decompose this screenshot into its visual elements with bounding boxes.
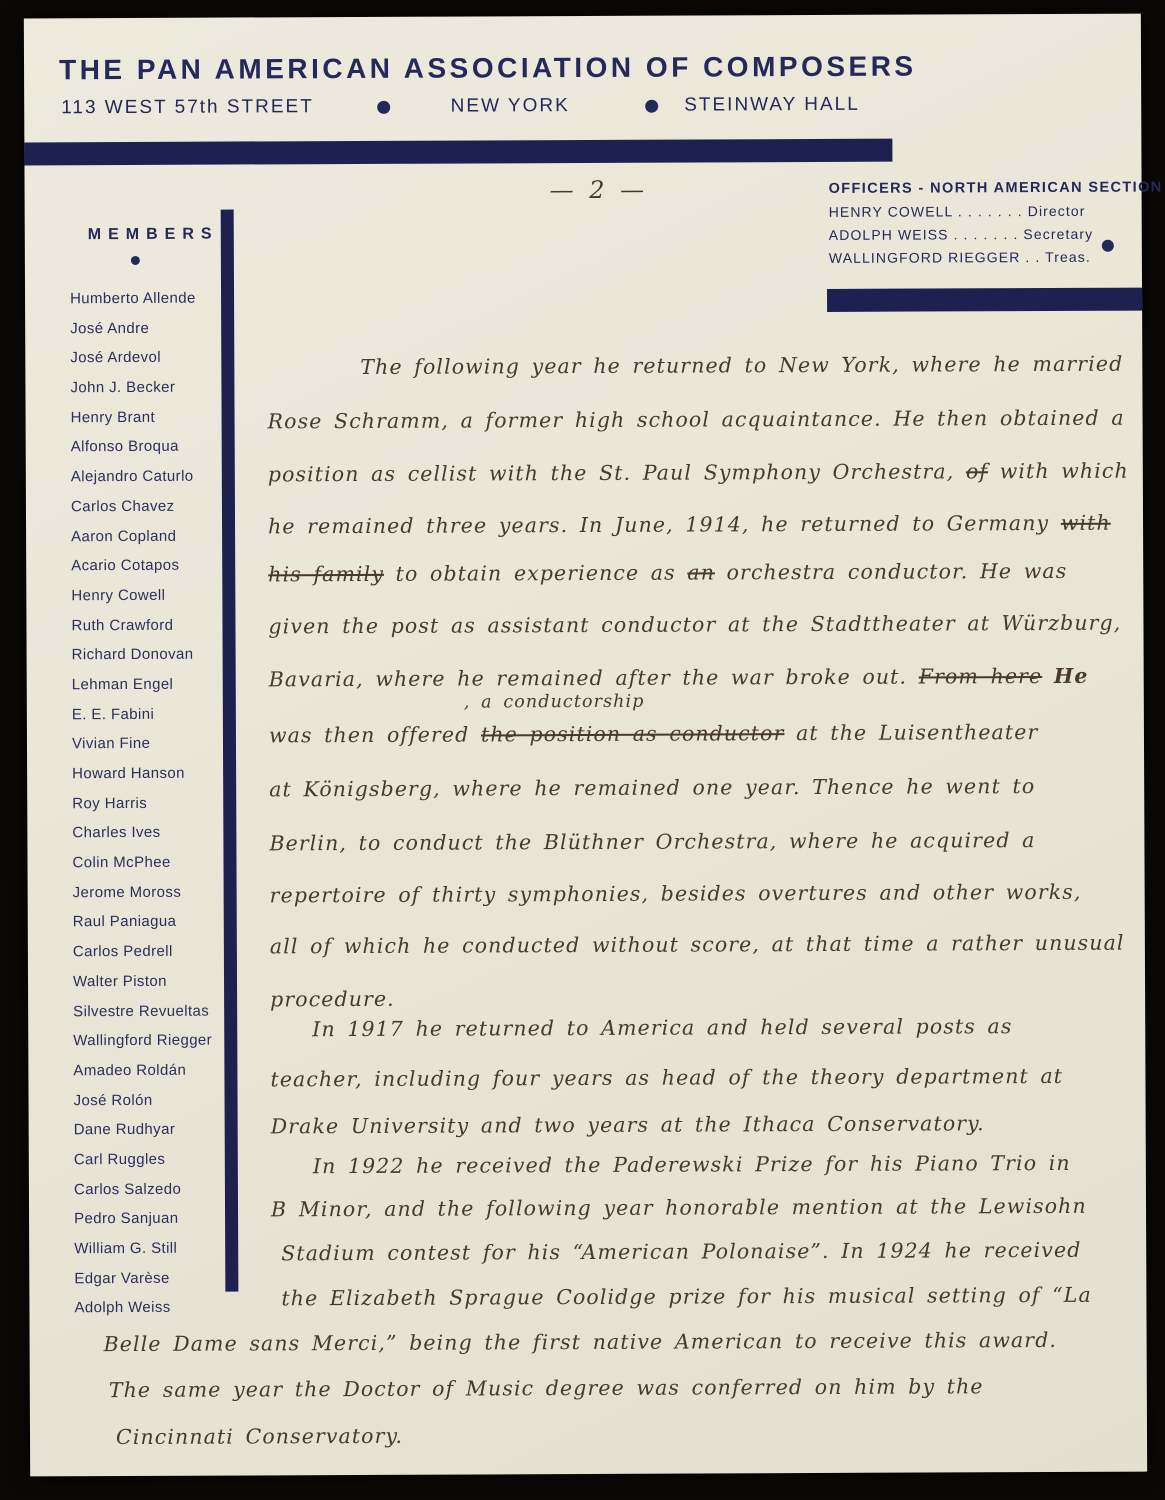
handwritten-line: The same year the Doctor of Music degree… [109,1374,984,1402]
handwritten-line: Stadium contest for his “American Polona… [281,1238,1081,1265]
bullet-icon [1102,240,1114,252]
handwritten-text: repertoire of thirty symphonies, besides… [270,880,1082,908]
handwritten-line: Drake University and two years at the It… [271,1111,985,1138]
member-name: Ruth Crawford [71,610,246,640]
handwritten-text [1042,664,1054,688]
officer-row: HENRY COWELL . . . . . . . Director [829,203,1141,220]
member-name: Alejandro Caturlo [71,462,246,492]
member-name: Vivian Fine [72,729,247,759]
handwritten-text: The following year he returned to New Yo… [360,352,1123,379]
member-name: Edgar Varèse [74,1263,249,1293]
handwritten-text: teacher, including four years as head of… [270,1064,1063,1091]
handwritten-line: was then offered the position as conduct… [269,720,1038,747]
struck-text: the position as conductor [481,721,785,746]
handwritten-line: Rose Schramm, a former high school acqua… [268,406,1125,434]
handwritten-line: Bavaria, where he remained after the war… [269,664,1089,692]
handwritten-text: orchestra conductor. He was [715,559,1067,585]
member-name: Alfonso Broqua [71,432,246,462]
handwritten-line: The following year he returned to New Yo… [360,352,1123,379]
scanned-letter-page: THE PAN AMERICAN ASSOCIATION OF COMPOSER… [0,0,1165,1500]
handwritten-text: position as cellist with the St. Paul Sy… [268,459,966,486]
member-name: Lehman Engel [72,669,247,699]
letterhead-address-row: 113 WEST 57th STREET NEW YORK STEINWAY H… [61,92,921,122]
handwritten-body: The following year he returned to New Yo… [24,14,1141,19]
bullet-icon [645,99,658,112]
bullet-icon [131,256,140,265]
handwritten-text: procedure. [270,987,395,1012]
member-name: Aaron Copland [71,521,246,551]
letter-paper: THE PAN AMERICAN ASSOCIATION OF COMPOSER… [24,14,1147,1477]
officers-rows: HENRY COWELL . . . . . . . DirectorADOLP… [829,203,1141,266]
handwritten-text: In 1917 he returned to America and held … [312,1014,1012,1041]
members-heading: MEMBERS [88,226,219,245]
struck-text: an [687,560,715,584]
member-name: Pedro Sanjuan [74,1204,249,1234]
member-name: Richard Donovan [72,640,247,670]
struck-text: with [1061,511,1111,535]
handwritten-line: repertoire of thirty symphonies, besides… [270,880,1082,908]
bullet-icon [377,100,390,113]
handwritten-text: The same year the Doctor of Music degree… [109,1374,984,1402]
member-name: Silvestre Revueltas [73,996,248,1026]
handwritten-line: teacher, including four years as head of… [270,1064,1063,1091]
officer-row: ADOLPH WEISS . . . . . . . Secretary [829,226,1141,243]
inserted-text: , a conductorship [464,692,645,713]
member-name: Raul Paniagua [73,907,248,937]
struck-text: of [966,459,988,483]
handwritten-text: the Elizabeth Sprague Coolidge prize for… [281,1283,1091,1311]
handwritten-line: In 1922 he received the Paderewski Prize… [313,1151,1071,1178]
handwritten-line: position as cellist with the St. Paul Sy… [268,459,1129,487]
handwritten-line: at Königsberg, where he remained one yea… [269,774,1035,801]
member-name: Charles Ives [72,818,247,848]
handwritten-text: at the Luisentheater [784,720,1038,745]
member-name: Henry Cowell [71,580,246,610]
handwritten-text: he remained three years. In June, 1914, … [268,511,1061,538]
handwritten-text: Bavaria, where he remained after the war… [269,665,919,692]
member-name: William G. Still [74,1233,249,1263]
member-name: Henry Brant [71,402,246,432]
member-name: Carlos Salzedo [74,1174,249,1204]
member-name: Jerome Moross [73,877,248,907]
city-label: NEW YORK [401,95,619,118]
member-name: John J. Becker [70,373,245,403]
handwritten-text: Rose Schramm, a former high school acqua… [268,406,1125,434]
member-name: José Andre [70,313,245,343]
member-name: Carlos Chavez [71,491,246,521]
member-name: E. E. Fabini [72,699,247,729]
handwritten-text: all of which he conducted without score,… [270,931,1125,959]
officers-rule-bar [827,288,1142,312]
handwritten-line: his family to obtain experience as an or… [268,559,1067,586]
handwritten-text: given the post as assistant conductor at… [268,611,1121,639]
member-name: Walter Piston [73,966,248,996]
member-name: Roy Harris [72,788,247,818]
member-name: Carl Ruggles [74,1144,249,1174]
member-name: Carlos Pedrell [73,937,248,967]
letterhead-rule-bar [24,139,892,166]
handwritten-line: the Elizabeth Sprague Coolidge prize for… [281,1283,1091,1311]
handwritten-text: was then offered [269,722,481,747]
handwritten-line: procedure. [270,987,395,1012]
handwritten-text: B Minor, and the following year honorabl… [271,1194,1087,1222]
member-name: Colin McPhee [72,848,247,878]
handwritten-line: Berlin, to conduct the Blüthner Orchestr… [269,828,1035,855]
member-name: Howard Hanson [72,758,247,788]
handwritten-line: B Minor, and the following year honorabl… [271,1194,1087,1222]
officers-block: OFFICERS - NORTH AMERICAN SECTION HENRY … [829,180,1141,266]
member-name: Wallingford Riegger [73,1026,248,1056]
handwritten-text: with which [988,459,1129,484]
handwritten-text: at Königsberg, where he remained one yea… [269,774,1035,801]
handwritten-line: given the post as assistant conductor at… [268,611,1121,639]
member-name: Adolph Weiss [74,1293,249,1323]
officer-row: WALLINGFORD RIEGGER . . Treas. [829,249,1141,266]
handwritten-text: Belle Dame sans Merci,” being the first … [104,1328,1058,1356]
member-name: Dane Rudhyar [74,1115,249,1145]
member-name: Amadeo Roldán [73,1055,248,1085]
handwritten-line: he remained three years. In June, 1914, … [268,511,1111,539]
member-name: Acario Cotapos [71,551,246,581]
venue-label: STEINWAY HALL [684,94,860,117]
handwritten-text: Drake University and two years at the It… [271,1111,985,1138]
handwritten-line: Cincinnati Conservatory. [116,1424,403,1449]
member-name: José Rolón [73,1085,248,1115]
member-name: José Ardevol [70,343,245,373]
handwritten-line: all of which he conducted without score,… [270,931,1125,959]
bullet-separator [619,99,684,112]
street-address: 113 WEST 57th STREET [61,96,366,119]
struck-text: his family [268,562,384,587]
handwritten-text: Berlin, to conduct the Blüthner Orchestr… [269,828,1035,855]
handwritten-text: Stadium contest for his “American Polona… [281,1238,1081,1265]
handwritten-page-number: — 2 — [550,176,649,204]
handwritten-text: In 1922 he received the Paderewski Prize… [313,1151,1071,1178]
letterhead-title: THE PAN AMERICAN ASSOCIATION OF COMPOSER… [59,51,919,87]
handwritten-line: In 1917 he returned to America and held … [312,1014,1012,1041]
handwritten-line: Belle Dame sans Merci,” being the first … [104,1328,1058,1356]
member-name: Humberto Allende [70,283,245,313]
handwritten-text: to obtain experience as [384,561,687,586]
bullet-separator [366,100,401,113]
handwritten-text: Cincinnati Conservatory. [116,1424,403,1449]
handwritten-text: He [1054,664,1089,688]
struck-text: From here [919,664,1043,689]
officers-heading: OFFICERS - NORTH AMERICAN SECTION [829,180,1141,197]
